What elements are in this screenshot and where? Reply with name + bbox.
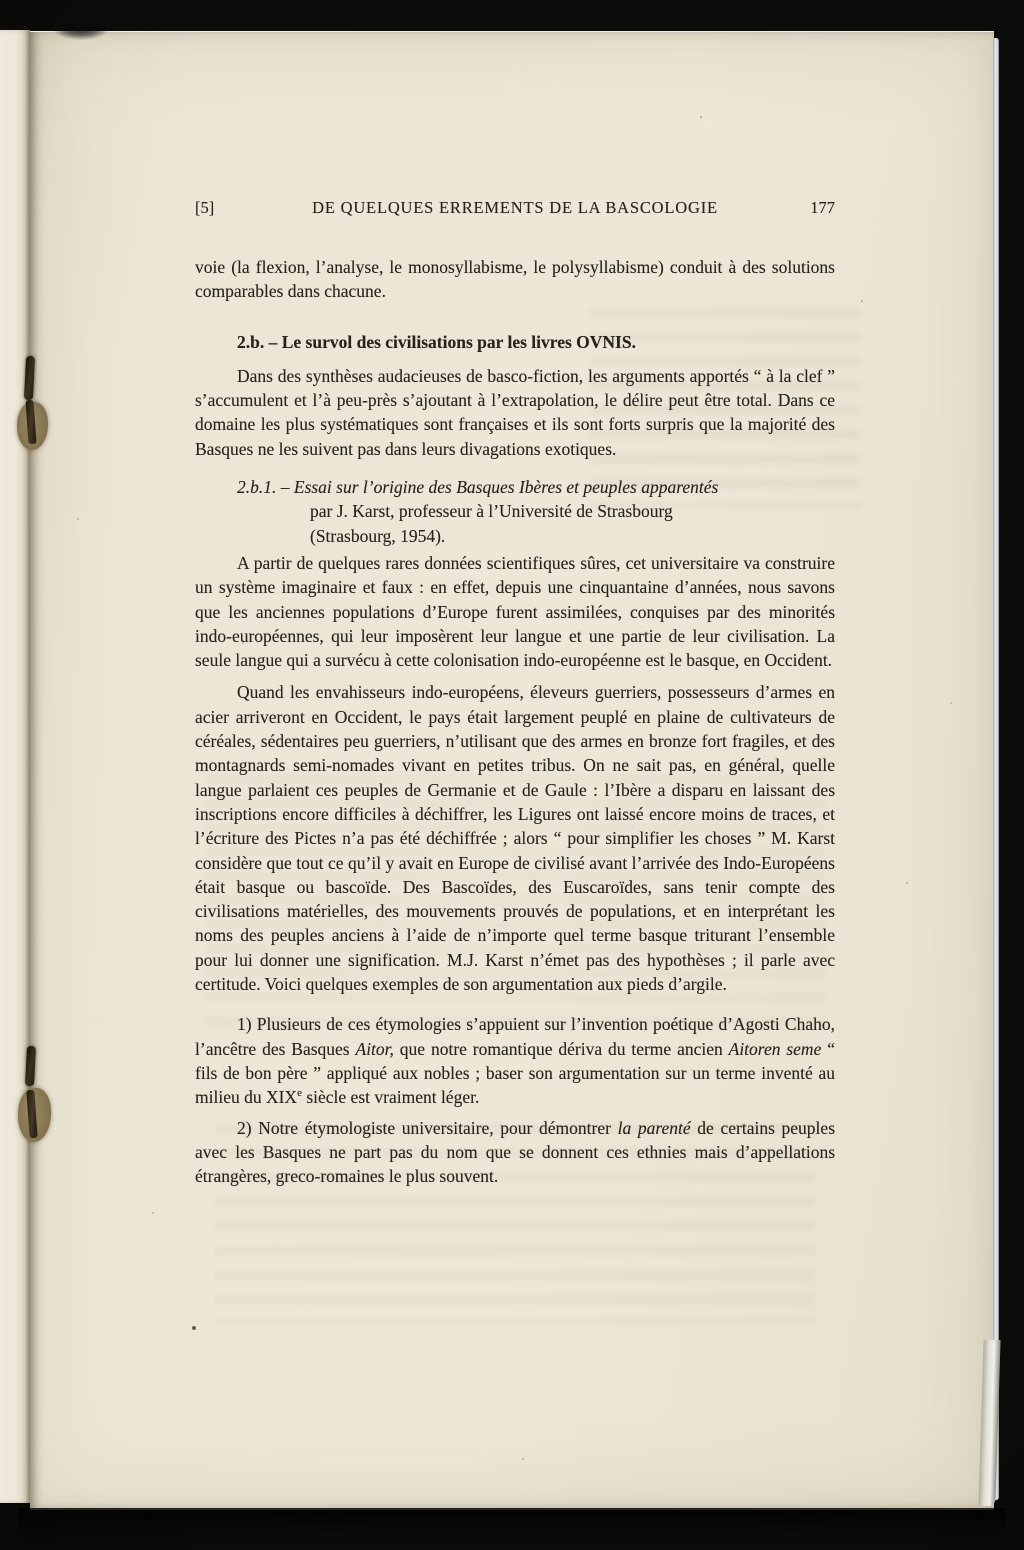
italic-text: 2.b.1. – Essai sur l’origine des Basques… (237, 477, 718, 497)
running-header: [5] DE QUELQUES ERREMENTS DE LA BASCOLOG… (195, 197, 835, 219)
section-heading: 2.b. – Le survol des civilisations par l… (195, 330, 835, 354)
paragraph: 1) Plusieurs de ces étymologies s’appuie… (195, 1012, 835, 1109)
paragraph: 2) Notre étymologiste universitaire, pou… (195, 1116, 835, 1189)
italic-text: Aitor, (356, 1039, 394, 1059)
facing-page-edge (0, 30, 30, 1503)
paper-specks (0, 0, 2, 2)
book-page: [5] DE QUELQUES ERREMENTS DE LA BASCOLOG… (30, 31, 994, 1510)
text-run: siècle est vraiment léger. (302, 1087, 479, 1107)
text-column: [5] DE QUELQUES ERREMENTS DE LA BASCOLOG… (195, 197, 835, 1188)
section-marker: [5] (195, 197, 285, 219)
paragraph: voie (la flexion, l’analyse, le monosyll… (195, 255, 835, 304)
page-stack-edge (993, 38, 999, 1500)
italic-text: Aitoren seme (729, 1039, 822, 1059)
book-shadow (18, 1508, 1006, 1548)
italic-text: la parenté (618, 1118, 691, 1138)
paragraph: Dans des synthèses audacieuses de basco-… (195, 364, 835, 461)
paragraph-list: voie (la flexion, l’analyse, le monosyll… (195, 255, 835, 1188)
text-run: 2.b. – Le survol des civilisations par l… (237, 332, 636, 352)
gutter-shadow-top (52, 27, 110, 40)
text-run: par J. Karst, professeur à l’Université … (310, 501, 673, 521)
text-run: Quand les envahisseurs indo-européens, é… (195, 682, 835, 994)
page-number: 177 (745, 197, 835, 219)
text-run: voie (la flexion, l’analyse, le monosyll… (195, 257, 835, 301)
photo-background: [5] DE QUELQUES ERREMENTS DE LA BASCOLOG… (0, 0, 1024, 1550)
paragraph: Quand les envahisseurs indo-européens, é… (195, 680, 835, 996)
reference-line: par J. Karst, professeur à l’Université … (195, 499, 835, 523)
reference-block: 2.b.1. – Essai sur l’origine des Basques… (195, 475, 835, 548)
reference-line: 2.b.1. – Essai sur l’origine des Basques… (195, 475, 835, 499)
text-run: 2) Notre étymologiste universitaire, pou… (237, 1118, 618, 1138)
text-run: A partir de quelques rares données scien… (195, 553, 835, 670)
text-run: XIX (266, 1087, 297, 1107)
reference-line: (Strasbourg, 1954). (195, 524, 835, 548)
paragraph: A partir de quelques rares données scien… (195, 551, 835, 672)
text-run: (Strasbourg, 1954). (310, 526, 445, 546)
running-title: DE QUELQUES ERREMENTS DE LA BASCOLOGIE (285, 197, 745, 219)
text-run: que notre romantique dériva du terme anc… (394, 1039, 729, 1059)
text-run: Dans des synthèses audacieuses de basco-… (195, 366, 835, 459)
